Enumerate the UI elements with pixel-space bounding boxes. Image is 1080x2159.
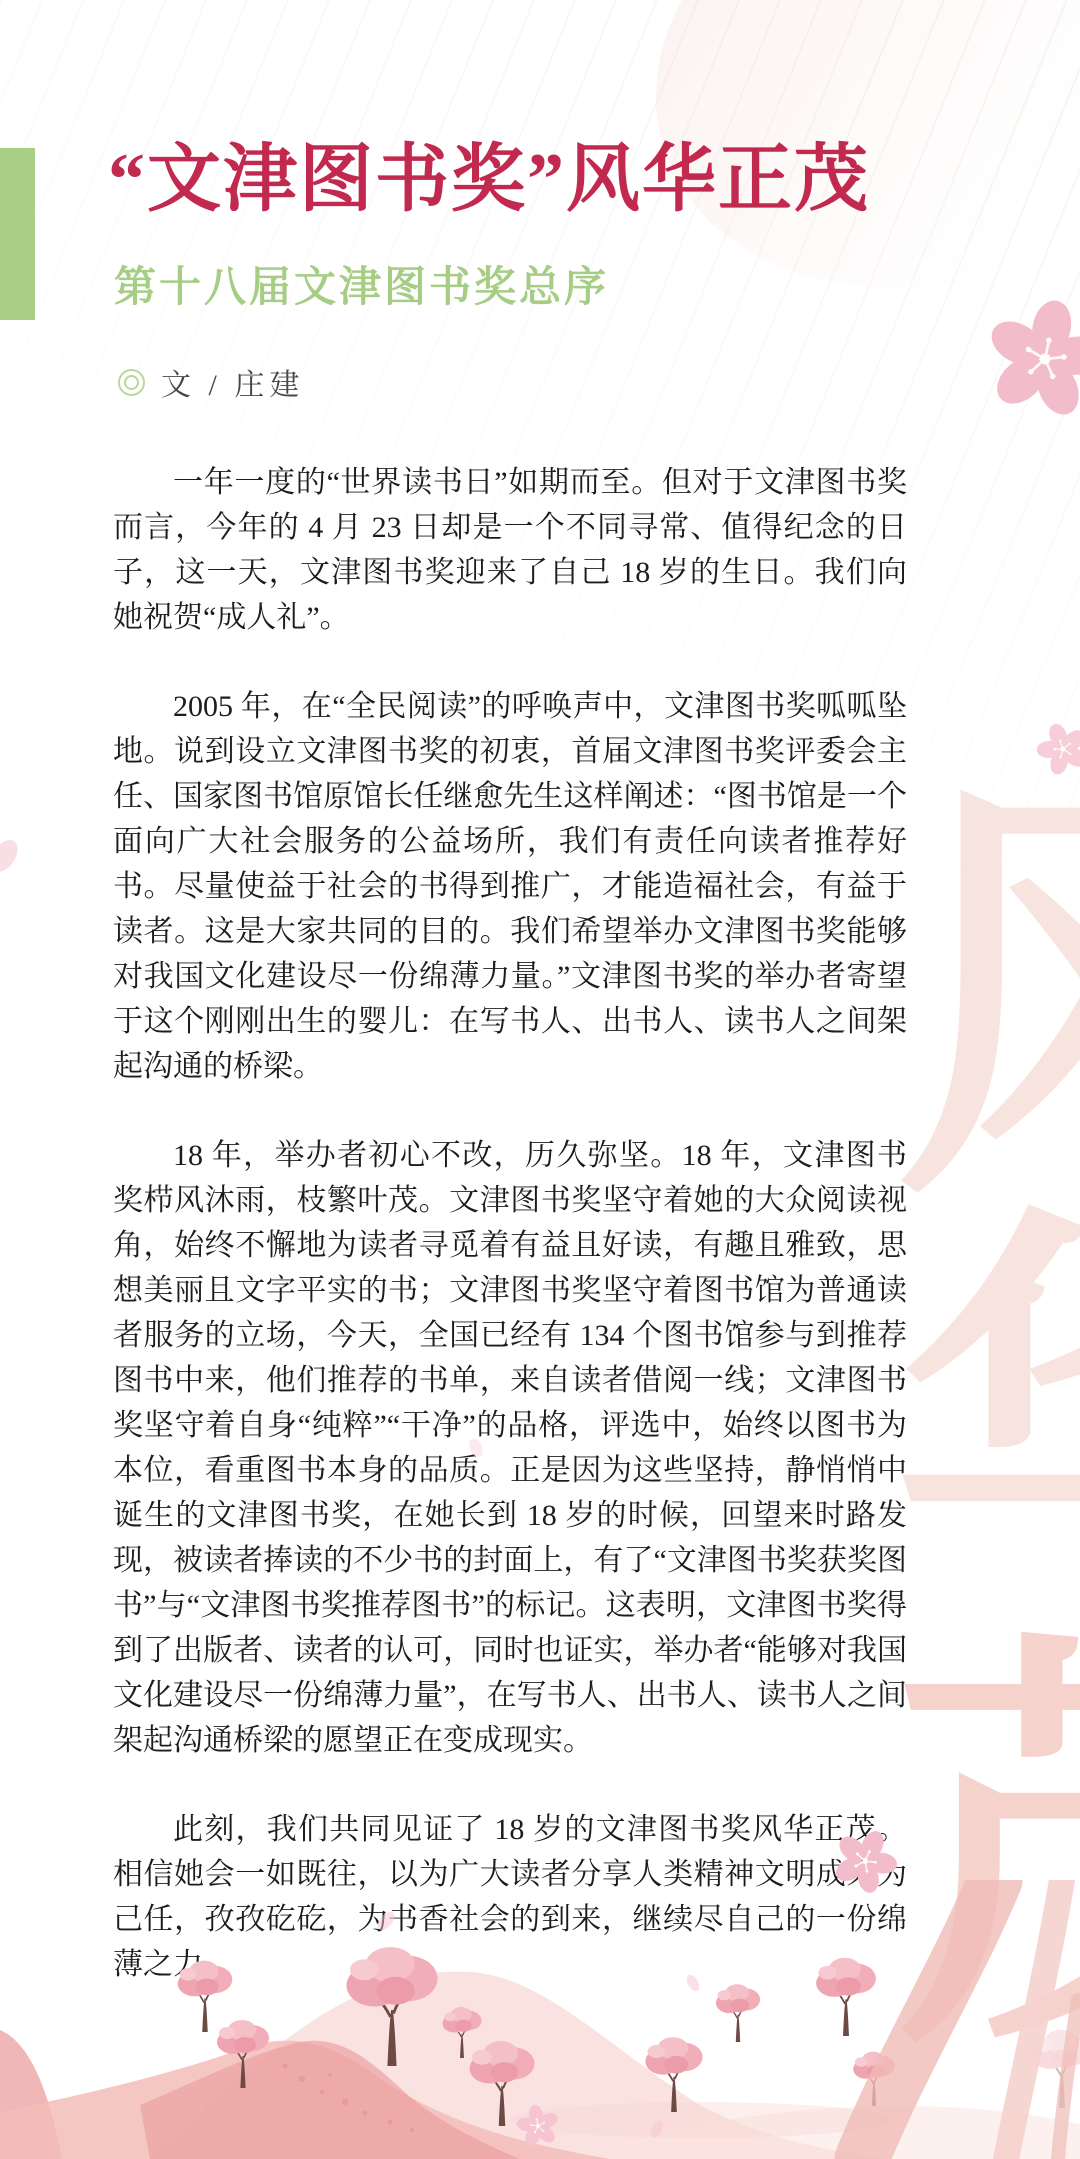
left-accent-bar [0, 148, 35, 320]
page-title: “文津图书奖”风华正茂 [108, 140, 870, 221]
article-body: 一年一度的“世界读书日”如期而至。但对于文津图书奖而言，今年的 4 月 23 日… [113, 460, 907, 2031]
watermark-character-hua: 华 [895, 1215, 1080, 1645]
paragraph: 一年一度的“世界读书日”如期而至。但对于文津图书奖而言，今年的 4 月 23 日… [113, 460, 907, 640]
byline-double-circle-icon [118, 369, 145, 396]
page: { "header": { "title": "“文津图书奖”风华正茂", "s… [0, 0, 1080, 2159]
tree-icon [178, 1961, 233, 2032]
paragraph: 2005 年，在“全民阅读”的呼唤声中，文津图书奖呱呱坠地。说到设立文津图书奖的… [113, 684, 907, 1089]
ground-wash [510, 2102, 890, 2138]
blossom-icon [513, 2101, 564, 2152]
tree-icon [716, 1984, 760, 2042]
paragraph: 18 年，举办者初心不改，历久弥坚。18 年，文津图书奖栉风沐雨，枝繁叶茂。文津… [113, 1133, 907, 1763]
tree-icon [816, 1958, 876, 2036]
page-subtitle: 第十八届文津图书奖总序 [114, 254, 609, 314]
byline: 文 / 庄建 [118, 360, 304, 404]
byline-label: 文 / 庄建 [161, 360, 304, 404]
